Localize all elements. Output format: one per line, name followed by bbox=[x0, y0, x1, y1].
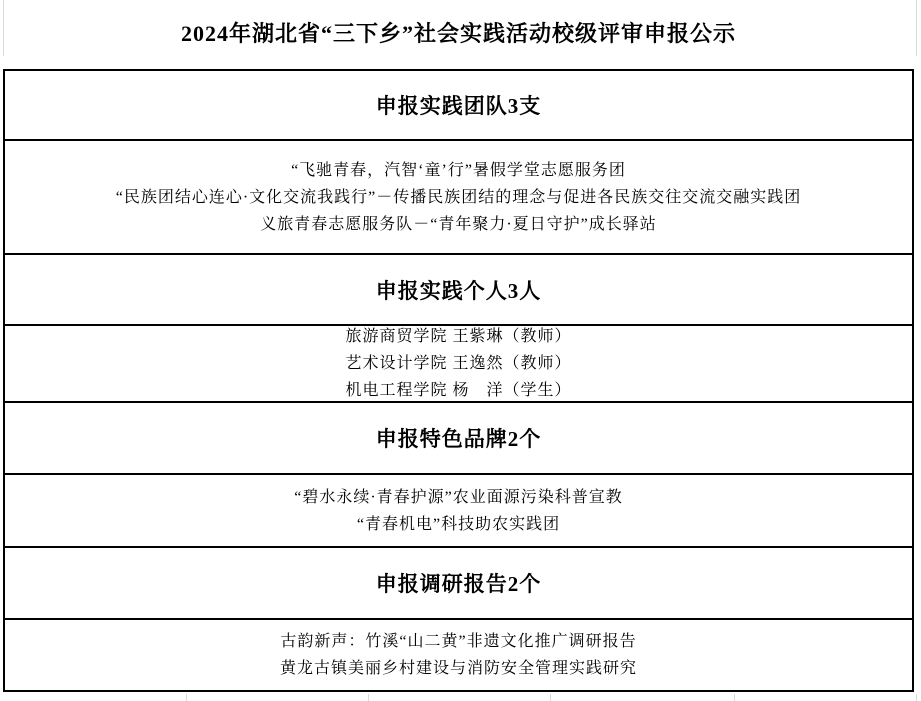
list-item: “飞驰青春，汽智‘童’行”暑假学堂志愿服务团 bbox=[291, 157, 626, 184]
section-header-label: 申报实践团队3支 bbox=[376, 90, 542, 120]
section-header-teams: 申报实践团队3支 bbox=[5, 71, 912, 141]
section-list-individuals: 旅游商贸学院 王紫琳（教师） 艺术设计学院 王逸然（教师） 机电工程学院 杨 洋… bbox=[5, 326, 912, 403]
list-item: 机电工程学院 杨 洋（学生） bbox=[345, 377, 571, 404]
announcement-table: 申报实践团队3支 “飞驰青春，汽智‘童’行”暑假学堂志愿服务团 “民族团结心连心… bbox=[3, 69, 914, 692]
gridline-bottom bbox=[916, 694, 917, 701]
section-header-brands: 申报特色品牌2个 bbox=[5, 403, 912, 475]
list-item: “民族团结心连心·文化交流我践行”－传播民族团结的理念与促进各民族交往交流交融实… bbox=[116, 184, 802, 211]
gridline-bottom bbox=[550, 694, 551, 701]
section-header-reports: 申报调研报告2个 bbox=[5, 548, 912, 620]
section-list-reports: 古韵新声：竹溪“山二黄”非遗文化推广调研报告 黄龙古镇美丽乡村建设与消防安全管理… bbox=[5, 620, 912, 690]
gridline-bottom bbox=[734, 694, 735, 701]
list-item: 义旅青春志愿服务队－“青年聚力·夏日守护”成长驿站 bbox=[260, 211, 657, 238]
list-item: 黄龙古镇美丽乡村建设与消防安全管理实践研究 bbox=[280, 655, 637, 682]
list-item: 古韵新声：竹溪“山二黄”非遗文化推广调研报告 bbox=[280, 628, 636, 655]
section-header-individuals: 申报实践个人3人 bbox=[5, 255, 912, 326]
list-item: 旅游商贸学院 王紫琳（教师） bbox=[345, 323, 571, 350]
section-list-brands: “碧水永续·青春护源”农业面源污染科普宣教 “青春机电”科技助农实践团 bbox=[5, 475, 912, 548]
section-list-teams: “飞驰青春，汽智‘童’行”暑假学堂志愿服务团 “民族团结心连心·文化交流我践行”… bbox=[5, 141, 912, 255]
section-header-label: 申报调研报告2个 bbox=[376, 568, 542, 598]
page-title: 2024年湖北省“三下乡”社会实践活动校级评审申报公示 bbox=[3, 0, 914, 64]
section-header-label: 申报特色品牌2个 bbox=[376, 423, 542, 453]
gridline-bottom bbox=[368, 694, 369, 701]
list-item: 艺术设计学院 王逸然（教师） bbox=[345, 350, 571, 377]
list-item: “碧水永续·青春护源”农业面源污染科普宣教 bbox=[294, 484, 623, 511]
gridline-bottom bbox=[186, 694, 187, 701]
section-header-label: 申报实践个人3人 bbox=[376, 275, 542, 305]
list-item: “青春机电”科技助农实践团 bbox=[357, 511, 560, 538]
gridline-top-right bbox=[916, 0, 917, 56]
